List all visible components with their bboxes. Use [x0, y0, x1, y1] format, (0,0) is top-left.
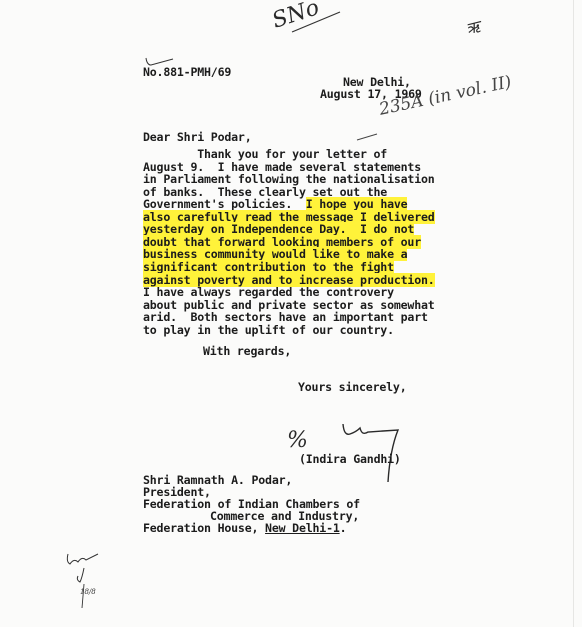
handwritten-mark-top-right: ऋ: [464, 15, 483, 40]
page-edge: [573, 0, 574, 627]
address-prefix: Federation House,: [143, 521, 265, 535]
handwritten-underline: [290, 8, 350, 38]
highlighted-text: significant contribution to the fight: [143, 260, 394, 274]
address-city: New Delhi-1: [265, 521, 340, 535]
closing-regards: With regards,: [203, 345, 291, 358]
reference-number: No.881-PMH/69: [143, 66, 231, 79]
salutation: Dear Shri Podar,: [143, 131, 251, 144]
signature-initials: %: [287, 428, 308, 453]
scanned-letter: SNo ऋ No.881-PMH/69 New Delhi, August 17…: [0, 0, 582, 627]
handwritten-issued-note: 18/8: [62, 550, 112, 610]
svg-text:18/8: 18/8: [80, 588, 96, 596]
body-line: to play in the uplift of our country.: [143, 324, 394, 337]
body-text: to play in the uplift of our country.: [143, 323, 394, 337]
handwritten-dash: [355, 132, 385, 144]
address-suffix: .: [340, 521, 347, 535]
addressee-address: Federation House, New Delhi-1.: [143, 522, 346, 535]
closing: Yours sincerely,: [298, 381, 406, 394]
signatory-name: (Indira Gandhi): [299, 453, 401, 466]
